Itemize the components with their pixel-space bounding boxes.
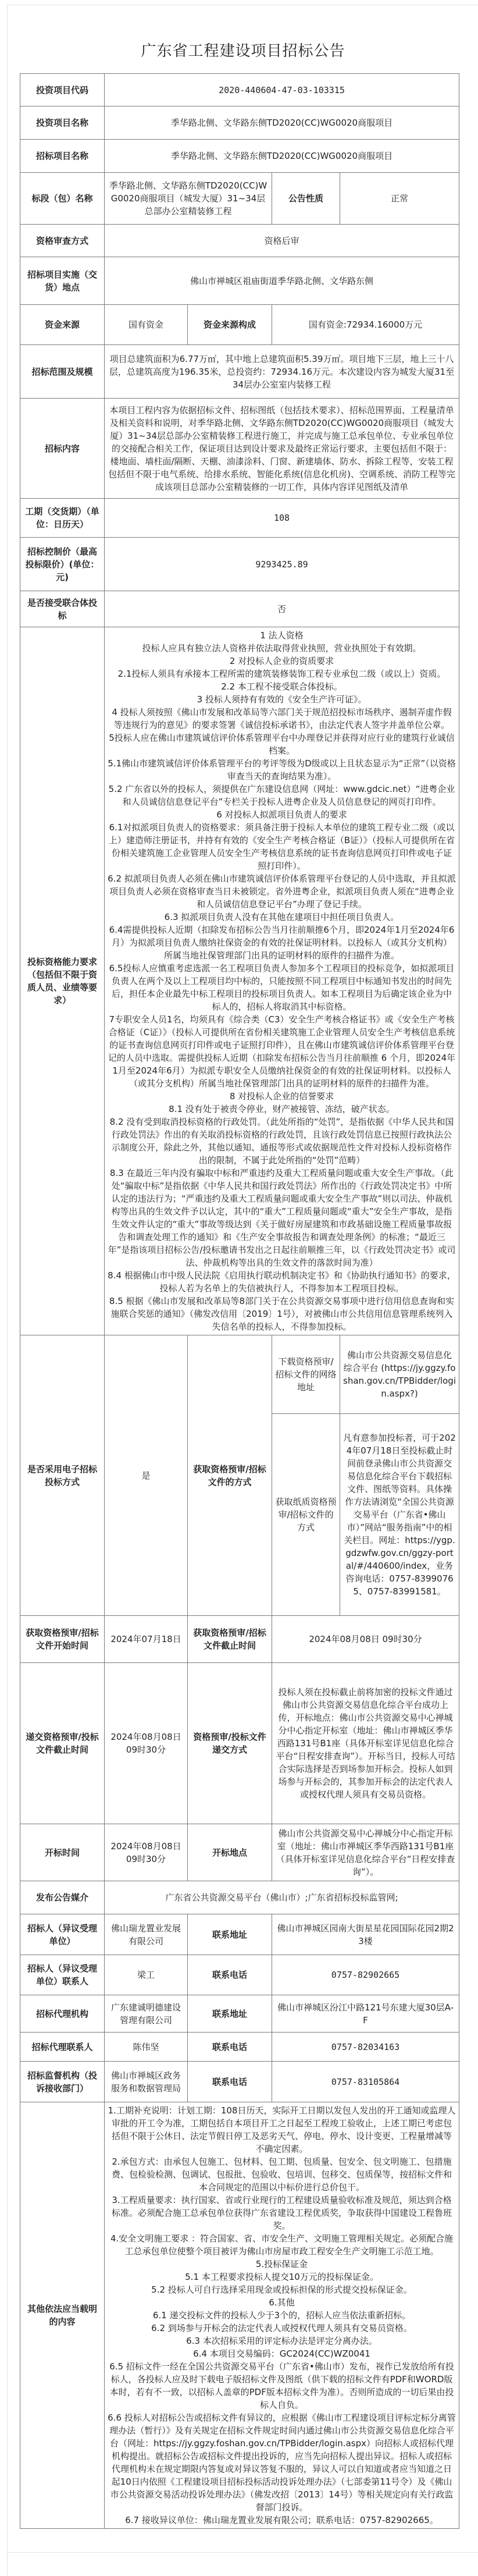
row-section-name: 标段（包）名称 季华路北侧、文华路东侧TD2020(CC)WG0020商服项目（… [20, 173, 459, 225]
value: 季华路北侧、文华路东侧TD2020(CC)WG0020商服项目（城发大厦）31~… [105, 173, 272, 225]
label: 获取资格预审/招标文件截止时间 [188, 1616, 272, 1663]
row-duration: 工期（交货期）（单位：日历天） 108 [20, 499, 459, 538]
value: 2024年08月08日 09时30分 [272, 1616, 459, 1663]
row-funding: 资金来源 国有资金 资金来源构成 国有资金:72934.16000万元 [20, 305, 459, 345]
row-electronic-download: 是否采用电子招标投标方式 是 获取资格预审/招标文件的方式 下载资格预审/招标文… [20, 1335, 459, 1414]
value: 佛山市公共资源交易中心禅城分中心指定开标室（地址：佛山市禅城区季华西路131号B… [272, 1824, 459, 1881]
row-tenderer: 招标人（异议受理单位） 佛山瑞龙置业发展有限公司 联系地址 佛山市禅城区园南大街… [20, 1914, 459, 1955]
divider [8, 2552, 478, 2553]
list-item: 6.2 拟派项目负责人必须在佛山市建筑诚信评价体系管理平台登记的人员中选取，并且… [108, 872, 456, 911]
label: 获取资格预审/招标文件的方式 [188, 1335, 272, 1616]
list-item: 5.投标保证金 [108, 2258, 456, 2271]
value: 2024年08月08日 09时30分 [105, 1824, 188, 1881]
value: 陈伟坚 [105, 2033, 188, 2062]
notice-page: 广东省工程建设项目招标公告 投资项目代码 2020-440604-47-03-1… [7, 5, 478, 2576]
label: 工期（交货期）（单位：日历天） [20, 499, 105, 538]
list-item: 5.2 投标人可自行选择采用现金或投标担保的形式提交投标保证金。 [108, 2283, 456, 2296]
list-item: 6 对投标人拟派项目负责人的要求 [108, 808, 456, 821]
label: 是否采用电子招标投标方式 [20, 1335, 105, 1616]
value: 否 [105, 591, 459, 627]
list-item: 5.1 本工程要求投标人提交10万元的投标保证金。 [108, 2271, 456, 2283]
label: 招标人（异议受理单位） [20, 1914, 105, 1955]
label: 开标地点 [188, 1824, 272, 1881]
label: 递交资格预审/投标文件截止时间 [20, 1663, 105, 1824]
list-item: 8.1 没有处于被责令停业，财产被接管、冻结，破产状态。 [108, 1103, 456, 1115]
value: 广东建诚明德建设管理有限公司 [105, 1995, 188, 2033]
list-item: 6.2 到场参与开标会的法定代表人或授权代理人须具有交易员资格。 [108, 2322, 456, 2335]
label: 投资项目名称 [20, 106, 105, 140]
value: 本项目工程内容为依据招标文件、招标图纸（包括技术要求）、招标范围界面、工程量清单… [105, 399, 459, 499]
list-item: 2.1投标人须具有承接本工程所需的建筑装修装饰工程专业承包二级（或以上）资质。 [108, 667, 456, 680]
label: 资金来源 [20, 305, 105, 345]
label: 招标代理联系人 [20, 2033, 105, 2062]
label: 招标监督机构（投诉接收部门） [20, 2062, 105, 2102]
label: 投资项目代码 [20, 74, 105, 106]
label: 下载资格预审/招标文件的网络地址 [272, 1335, 340, 1414]
list-item: 8 对投标人企业的信誉要求 [108, 1090, 456, 1103]
list-item: 5.2 广东省以外的投标人，须提供在广东建设信息网（网址：www.gdcic.n… [108, 783, 456, 808]
value: 资格后审 [105, 225, 459, 257]
other-list: 1.工期补充说明：计划工期：108日历天，实际开工日期以发包人发出的开工通知或监… [105, 2102, 459, 2529]
label: 招标控制价（最高投标限价）(单位：元) [20, 538, 105, 591]
list-item: 8.5 根据《佛山市发展和改革局等8部门关于在公共资源交易事项中进行信用信息查询… [108, 1295, 456, 1333]
value: 是 [105, 1335, 188, 1616]
value: 2020-440604-47-03-103315 [105, 74, 459, 106]
value: 佛山瑞龙置业发展有限公司 [105, 1914, 188, 1955]
list-item: 8.3 在最近三年内没有骗取中标和严重违约及重大工程质量问题或重大安全生产事故。… [108, 1167, 456, 1269]
list-item: 6.3 本次招标采用的评定标办法是评定分离办法。 [108, 2335, 456, 2347]
label: 获取资格预审/招标文件开始时间 [20, 1616, 105, 1663]
label: 发布公告媒介 [20, 1881, 105, 1914]
label: 资格预审/投标文件递交方式 [188, 1663, 272, 1824]
download-link[interactable]: 佛山市公共资源交易信息化综合平台 (https://jy.ggzy.foshan… [340, 1335, 459, 1414]
row-other: 其他依法应当载明的内容 1.工期补充说明：计划工期：108日历天，实际开工日期以… [20, 2102, 459, 2529]
qualification-list: 1 法人资格 投标人应具有独立法人资格并依法取得营业执照，营业执照处于有效期。 … [105, 627, 459, 1335]
row-doc-time: 获取资格预审/招标文件开始时间 2024年07月18日 获取资格预审/招标文件截… [20, 1616, 459, 1663]
label: 联系地址 [188, 1914, 272, 1955]
list-item: 6.4 本项目交易编码：GC2024(CC)WZ0041 [108, 2347, 456, 2360]
list-item: 1.工期补充说明：计划工期：108日历天，实际开工日期以发包人发出的开工通知或监… [108, 2104, 456, 2155]
value: 梁工 [105, 1955, 188, 1995]
value: 佛山市禅城区园南大街星星花园国际花园2期23楼 [272, 1914, 459, 1955]
value: 凡有意参加投标者，可于2024年07月18日至投标截止时间前登录佛山市公共资源交… [340, 1414, 459, 1616]
value: 佛山市禅城区汾江中路121号东建大厦30层A-F [272, 1995, 459, 2033]
page-title: 广东省工程建设项目招标公告 [8, 5, 478, 73]
label: 联系电话 [188, 1955, 272, 1995]
value: 国有资金:72934.16000万元 [272, 305, 459, 345]
label: 资格审查方式 [20, 225, 105, 257]
row-agency-contact: 招标代理联系人 陈伟坚 联系电话 0757-82034163 [20, 2033, 459, 2062]
value: 108 [105, 499, 459, 538]
list-item: 投标人应具有独立法人资格并依法取得营业执照，营业执照处于有效期。 [108, 642, 456, 655]
value: 广东省公共资源交易平台（佛山市）;广东省招标投标监管网; [105, 1881, 459, 1914]
label: 公告性质 [272, 173, 340, 225]
row-project-name: 投资项目名称 季华路北侧、文华路东侧TD2020(CC)WG0020商服项目 [20, 106, 459, 140]
value: 投标人须在投标截止前将加密的投标文件通过佛山市公共资源交易信息化综合平台成功上传… [272, 1663, 459, 1824]
list-item: 6.1对拟派项目负责人的资格要求：须具备注册于投标人本单位的建筑工程专业二级（或… [108, 821, 456, 872]
list-item: 5.1佛山市建筑诚信评价体系管理平台的考评等级为D级或以上且状态显示为“正常”（… [108, 757, 456, 783]
value: 季华路北侧、文华路东侧TD2020(CC)WG0020商服项目 [105, 106, 459, 140]
value: 佛山市禅城区祖庙街道季华路北侧、文华路东侧 [105, 257, 459, 305]
row-control-price: 招标控制价（最高投标限价）(单位：元) 9293425.89 [20, 538, 459, 591]
label: 招标项目实施（交货）地点 [20, 257, 105, 305]
value: 国有资金 [105, 305, 188, 345]
label: 招标项目名称 [20, 140, 105, 173]
label: 其他依法应当载明的内容 [20, 2102, 105, 2529]
list-item: 8.4 根据佛山市中级人民法院《启用执行联动机制决定书》和《协助执行通知书》的要… [108, 1269, 456, 1295]
row-consortium: 是否接受联合体投标 否 [20, 591, 459, 627]
row-qualification-method: 资格审查方式 资格后审 [20, 225, 459, 257]
list-item: 6.5 招标文件一经在全国公共资源交易平台（广东省•佛山市）发布，视作已发放给所… [108, 2360, 456, 2411]
row-scope: 招标范围及规模 项目总建筑面积为6.77万㎡，其中地上总建筑面积5.39万㎡。项… [20, 345, 459, 399]
list-item: 5投标人应在佛山市建筑诚信评价体系管理平台中办理登记并获得对应行业的建筑行业诚信… [108, 731, 456, 757]
value: 佛山市禅城区政务服务和数据管理局 [105, 2062, 188, 2102]
list-item: 2.2 本工程不接受联合体投标。 [108, 680, 456, 693]
value: 0757-82034163 [272, 2033, 459, 2062]
label: 获取纸质资格预审/招标文件的方式 [272, 1414, 340, 1616]
row-qualification: 投标资格能力要求（包括但不限于资质人员、业绩等要求） 1 法人资格 投标人应具有… [20, 627, 459, 1335]
label: 招标人（异议受理单位）联系人 [20, 1955, 105, 1995]
row-project-code: 投资项目代码 2020-440604-47-03-103315 [20, 74, 459, 106]
list-item: 1 法人资格 [108, 629, 456, 642]
list-item: 6.3 拟派项目负责人没有在其他在建项目中担任项目负责人。 [108, 911, 456, 923]
row-tender-project-name: 招标项目名称 季华路北侧、文华路东侧TD2020(CC)WG0020商服项目 [20, 140, 459, 173]
label: 标段（包）名称 [20, 173, 105, 225]
value: 0757-82902665 [272, 1955, 459, 1995]
list-item: 6.其他 [108, 2296, 456, 2309]
list-item: 3.工程质量要求：执行国家、省或行业现行的工程建设质量验收标准及规范，须达到合格… [108, 2194, 456, 2232]
value: 2024年08月08日 09时30分 [105, 1663, 188, 1824]
label: 招标内容 [20, 399, 105, 499]
row-media: 发布公告媒介 广东省公共资源交易平台（佛山市）;广东省招标投标监管网; [20, 1881, 459, 1914]
label: 招标代理机构 [20, 1995, 105, 2033]
row-supervisor: 招标监督机构（投诉接收部门） 佛山市禅城区政务服务和数据管理局 联系电话 075… [20, 2062, 459, 2102]
value: 季华路北侧、文华路东侧TD2020(CC)WG0020商服项目 [105, 140, 459, 173]
list-item: 2 对投标人企业的资质要求 [108, 655, 456, 667]
value: 项目总建筑面积为6.77万㎡，其中地上总建筑面积5.39万㎡。项目地下三层，地上… [105, 345, 459, 399]
list-item: 8.2 没有受到取消投标资格的行政处罚。（此处所指的“处罚”，是指依据《中华人民… [108, 1115, 456, 1167]
value: 2024年07月18日 [105, 1616, 188, 1663]
label: 联系电话 [188, 2033, 272, 2062]
label: 开标时间 [20, 1824, 105, 1881]
list-item: 6.4需提供投标人近期（扣除发布招标公告当月往前顺推6个月，即2024年1月至2… [108, 923, 456, 962]
label: 联系地址 [188, 1995, 272, 2033]
value: 9293425.89 [105, 538, 459, 591]
status-value: 正常 [340, 173, 459, 225]
list-item: 6.7 接收异议单位：佛山瑞龙置业发展有限公司；联系电话：0757-829026… [108, 2514, 456, 2527]
label: 招标范围及规模 [20, 345, 105, 399]
row-content: 招标内容 本项目工程内容为依据招标文件、招标图纸（包括技术要求）、招标范围界面、… [20, 399, 459, 499]
list-item: 4.安全文明施工要求 ：符合国家、省、市安全生产、文明施工管理相关规定。必须配合… [108, 2232, 456, 2258]
label: 联系电话 [188, 2062, 272, 2102]
row-location: 招标项目实施（交货）地点 佛山市禅城区祖庙街道季华路北侧、文华路东侧 [20, 257, 459, 305]
list-item: 2.承包方式：由承包人包施工、包材料、包工期、包质量、包安全、包文明施工、包措施… [108, 2155, 456, 2194]
row-opening: 开标时间 2024年08月08日 09时30分 开标地点 佛山市公共资源交易中心… [20, 1824, 459, 1881]
value: 0757-83105864 [272, 2062, 459, 2102]
list-item: 7专职安全人员1名，均须具有《综合类（C3）安全生产考核合格证书》或《安全生产考… [108, 1013, 456, 1090]
list-item: 6.5投标人应慎重考虑选派一名工程项目负责人参加多个工程项目的投标竞争，如拟派项… [108, 962, 456, 1013]
list-item: 4 投标人须按照《佛山市发展和改革局等六部门关于规范招投标市场秩序、遏制弄虚作假… [108, 706, 456, 731]
list-item: 6.6 投标人对招标公告或招标文件有异议的，应根据《佛山市工程建设项目评标定标分… [108, 2411, 456, 2514]
row-submission: 递交资格预审/投标文件截止时间 2024年08月08日 09时30分 资格预审/… [20, 1663, 459, 1824]
row-agency: 招标代理机构 广东建诚明德建设管理有限公司 联系地址 佛山市禅城区汾江中路121… [20, 1995, 459, 2033]
list-item: 3 投标人须持有有效的《安全生产许可证》。 [108, 693, 456, 706]
row-tenderer-contact: 招标人（异议受理单位）联系人 梁工 联系电话 0757-82902665 [20, 1955, 459, 1995]
list-item: 6.1 递交投标文件的投标人少于3个的，招标人应当依法重新招标。 [108, 2309, 456, 2322]
label: 是否接受联合体投标 [20, 591, 105, 627]
label: 资金来源构成 [188, 305, 272, 345]
label: 投标资格能力要求（包括但不限于资质人员、业绩等要求） [20, 627, 105, 1335]
notice-table: 投资项目代码 2020-440604-47-03-103315 投资项目名称 季… [20, 73, 459, 2529]
